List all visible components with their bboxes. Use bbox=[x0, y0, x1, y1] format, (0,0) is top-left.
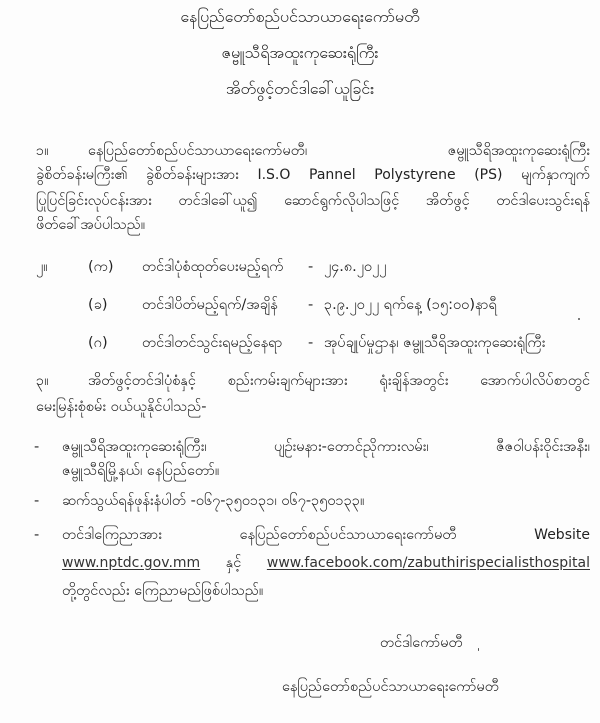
para1-word: ခွဲစိတ်ခန်းမကြီး၏ bbox=[36, 164, 127, 186]
para1-number: ၁။ bbox=[36, 140, 49, 162]
para1-word: Pannel bbox=[309, 164, 356, 186]
bullet-address-line2: ဇမ္ဗူသီရိမြို့နယ်၊ နေပြည်တော်။ bbox=[62, 460, 219, 482]
para3-number: ၃။ bbox=[36, 370, 49, 392]
para1-word: မျက်နှာကျက် bbox=[521, 164, 590, 186]
para2-item-value: အုပ်ချုပ်မှုဌာန၊ ဇမ္ဗူသီရိအထူးကုဆေးရုံကြ… bbox=[324, 332, 545, 354]
bullet-word: နေပြည်တော်စည်ပင်သာယာရေးကော်မတီ bbox=[240, 524, 457, 546]
signature-role: တင်ဒါကော်မတီ bbox=[380, 632, 463, 654]
para1-line3: ပြုပြင်ခြင်းလုပ်ငန်းအား တင်ဒါခေါ်ယူ၍ ဆော… bbox=[36, 190, 590, 212]
para1-word: ခွဲစိတ်ခန်းများအား bbox=[146, 164, 239, 186]
bullet-dash: - bbox=[34, 490, 39, 512]
para2-item-label: တင်ဒါတင်သွင်းရမည့်နေရာ bbox=[142, 332, 282, 354]
para1-word: တင်ဒါခေါ်ယူ၍ bbox=[178, 190, 257, 212]
bullet-announce-line2: www.nptdc.gov.mm နှင့် www.facebook.com/… bbox=[62, 552, 590, 574]
bullet-dash: - bbox=[34, 436, 39, 458]
website-link[interactable]: www.nptdc.gov.mm bbox=[62, 552, 200, 574]
bullet-word: Website bbox=[534, 524, 590, 546]
para1-word: ပြုပြင်ခြင်းလုပ်ငန်းအား bbox=[36, 190, 152, 212]
para1-word: I.S.O bbox=[257, 164, 290, 186]
facebook-link[interactable]: www.facebook.com/zabuthirispecialisthosp… bbox=[267, 552, 590, 574]
para1-line4: ဖိတ်ခေါ်အပ်ပါသည်။ bbox=[36, 214, 145, 236]
para3-line1: အိတ်ဖွင့်တင်ဒါပုံစံနှင့် စည်းကမ်းချက်မျာ… bbox=[88, 370, 590, 392]
bullet-word: ပျဉ်းမနား-တောင်ညိုကားလမ်း၊ bbox=[274, 436, 429, 458]
scan-speck bbox=[478, 648, 479, 651]
para2-item-marker: (ခ) bbox=[88, 294, 107, 316]
para3-word: အောက်ပါလိပ်စာတွင် bbox=[480, 370, 590, 392]
para2-item-dash: - bbox=[308, 256, 313, 278]
para1-line2: ခွဲစိတ်ခန်းမကြီး၏ ခွဲစိတ်ခန်းများအား I.S… bbox=[36, 164, 590, 186]
document-page: နေပြည်တော်စည်ပင်သာယာရေးကော်မတီ ဇမ္ဗူသီရိ… bbox=[0, 0, 600, 723]
conjunction: နှင့် bbox=[226, 552, 242, 574]
bullet-announce-line1: တင်ဒါကြေညာအား နေပြည်တော်စည်ပင်သာယာရေးကော… bbox=[62, 524, 590, 546]
para2-item-marker: (က) bbox=[88, 256, 114, 278]
para2-item-dash: - bbox=[308, 332, 313, 354]
para3-word: ရုံးချိန်အတွင်း bbox=[379, 370, 448, 392]
para2-item-label: တင်ဒါပုံစံထုတ်ပေးမည့်ရက် bbox=[142, 256, 283, 278]
bullet-phone: ဆက်သွယ်ရန်ဖုန်းနံပါတ် -၀၆၇-၃၅၀၁၃၁၊ ၀၆၇-၃… bbox=[62, 490, 364, 512]
bullet-word: ဇမ္ဗူသီရိအထူးကုဆေးရုံကြီး၊ bbox=[62, 436, 207, 458]
para1-word: တင်ဒါပေးသွင်းရန် bbox=[496, 190, 590, 212]
bullet-dash: - bbox=[34, 524, 39, 546]
header-hospital: ဇမ္ဗူသီရိအထူးကုဆေးရုံကြီး bbox=[0, 42, 600, 64]
para1-word: ဆောင်ရွက်လိုပါသဖြင့် bbox=[284, 190, 399, 212]
para3-line2: မေးမြန်းစုံစမ်း ဝယ်ယူနိုင်ပါသည်- bbox=[36, 396, 207, 418]
para2-item-value: ၃.၉.၂၀၂၂ ရက်နေ့ (၁၅:၀၀)နာရီ bbox=[324, 294, 497, 316]
para1-word: Polystyrene bbox=[374, 164, 455, 186]
bullet-announce-line3: တို့တွင်လည်း ကြေညာမည်ဖြစ်ပါသည်။ bbox=[62, 580, 263, 602]
para1-line1-left: နေပြည်တော်စည်ပင်သာယာရေးကော်မတီ၊ bbox=[88, 140, 307, 162]
scan-speck bbox=[578, 318, 580, 320]
para3-word: အိတ်ဖွင့်တင်ဒါပုံစံနှင့် bbox=[88, 370, 196, 392]
para2-item-label: တင်ဒါပိတ်မည့်ရက်/အချိန် bbox=[142, 294, 278, 316]
bullet-word: တင်ဒါကြေညာအား bbox=[62, 524, 162, 546]
para1-word: (PS) bbox=[474, 164, 502, 186]
para1-word: အိတ်ဖွင့် bbox=[426, 190, 470, 212]
bullet-word: ဇီဇဝါပန်းဝိုင်းအနီး၊ bbox=[496, 436, 590, 458]
header-org: နေပြည်တော်စည်ပင်သာယာရေးကော်မတီ bbox=[0, 6, 600, 28]
para1-line1-right: ဇမ္ဗူသီရိအထူးကုဆေးရုံကြီး bbox=[448, 140, 590, 162]
header-subject: အိတ်ဖွင့်တင်ဒါခေါ်ယူခြင်း bbox=[0, 78, 600, 100]
para2-item-marker: (ဂ) bbox=[88, 332, 108, 354]
para2-item-value: ၂၄.၈.၂၀၂၂ bbox=[324, 256, 386, 278]
bullet-address-line1: ဇမ္ဗူသီရိအထူးကုဆေးရုံကြီး၊ ပျဉ်းမနား-တော… bbox=[62, 436, 590, 458]
para2-item-dash: - bbox=[308, 294, 313, 316]
para2-number: ၂။ bbox=[36, 256, 48, 278]
signature-org: နေပြည်တော်စည်ပင်သာယာရေးကော်မတီ bbox=[282, 676, 499, 698]
para3-word: စည်းကမ်းချက်များအား bbox=[228, 370, 348, 392]
